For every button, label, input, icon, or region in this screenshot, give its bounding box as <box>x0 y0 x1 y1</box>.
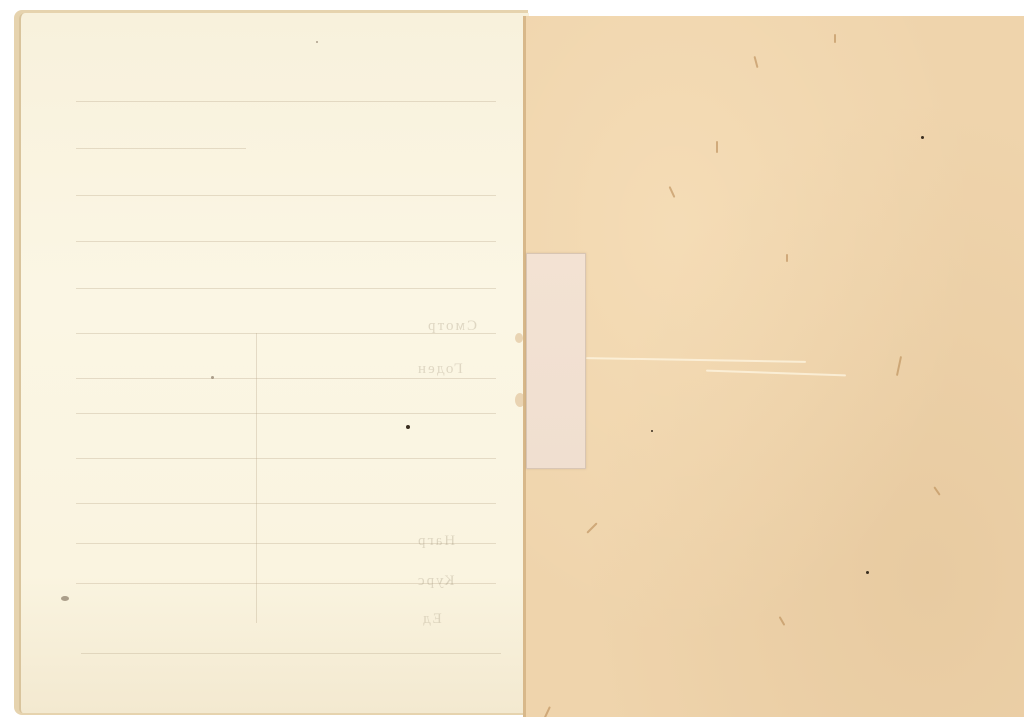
ink-speck <box>61 596 69 601</box>
show-through-word: Нагр <box>416 533 455 550</box>
ink-speck <box>921 136 924 139</box>
tape-strip <box>526 253 586 469</box>
ruled-line <box>76 503 496 504</box>
foxing-stain <box>515 333 523 343</box>
paper-fiber <box>933 486 940 495</box>
ink-speck <box>651 430 653 432</box>
show-through-word: Ед <box>421 611 442 628</box>
ruled-line <box>76 458 496 459</box>
paper-fiber <box>753 56 758 68</box>
show-through-word: Смотр <box>426 318 477 335</box>
show-through-word: Курс <box>416 573 455 590</box>
scanned-booklet: Смотр Годен Нагр Курс Ед <box>0 0 1024 717</box>
ink-speck <box>316 41 318 43</box>
ink-speck <box>211 376 214 379</box>
ruled-line <box>76 241 496 242</box>
ink-speck <box>406 425 410 429</box>
paper-fiber <box>779 616 786 626</box>
ruled-line <box>76 378 496 379</box>
paper-fiber <box>669 186 676 198</box>
ink-speck <box>866 571 869 574</box>
paper-fiber <box>716 141 718 153</box>
column-divider <box>256 333 257 623</box>
ruled-line <box>76 413 496 414</box>
ruled-line <box>76 288 496 289</box>
paper-fiber <box>834 34 836 43</box>
paper-fiber <box>896 356 902 376</box>
ruled-line <box>76 148 246 149</box>
ruled-line <box>76 101 496 102</box>
paper-fiber <box>543 706 551 717</box>
ruled-line <box>76 195 496 196</box>
paper-crease <box>586 357 806 363</box>
right-page-cover <box>523 16 1024 717</box>
paper-fiber <box>586 522 597 533</box>
paper-fiber <box>786 254 788 262</box>
paper-crease <box>706 370 846 377</box>
show-through-word: Годен <box>416 361 463 378</box>
ruled-line <box>81 653 501 654</box>
left-page: Смотр Годен Нагр Курс Ед <box>19 13 529 713</box>
